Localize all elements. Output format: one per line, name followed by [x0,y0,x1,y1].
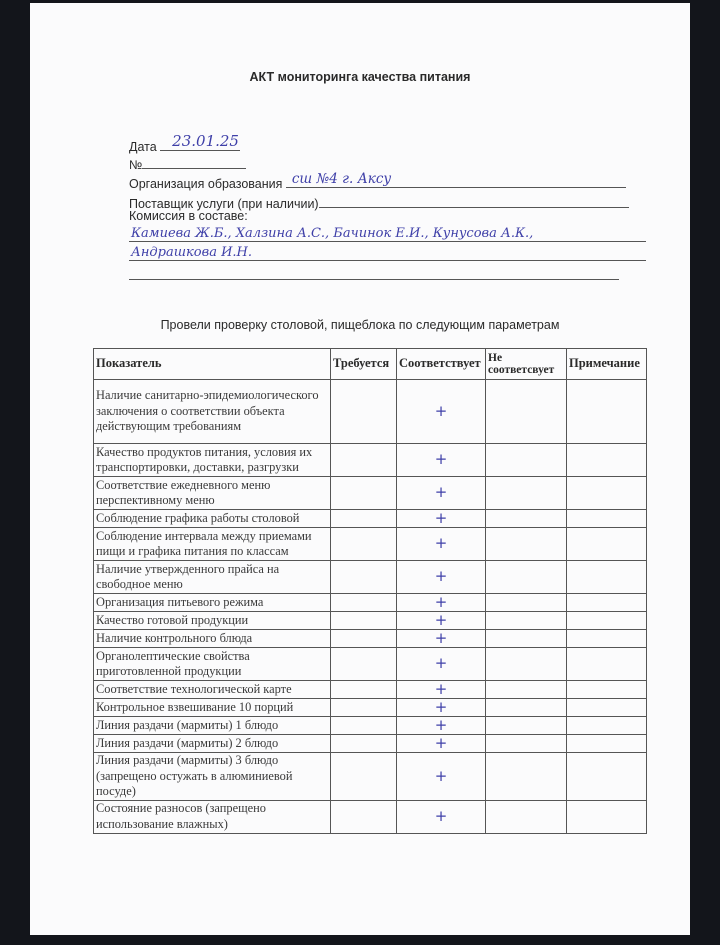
indicator-cell: Линия раздачи (мармиты) 2 блюдо [94,735,331,753]
required-cell [331,753,397,801]
table-row: Линия раздачи (мармиты) 1 блюдо+ [94,717,647,735]
table-body: Наличие санитарно-эпидемиологического за… [94,380,647,834]
required-cell [331,561,397,594]
table-row: Качество готовой продукции+ [94,612,647,630]
date-field: Дата 23.01.25 [129,136,240,154]
required-cell [331,717,397,735]
indicator-cell: Качество готовой продукции [94,612,331,630]
date-label: Дата [129,140,157,154]
required-cell [331,528,397,561]
note-cell [567,528,647,561]
complies-cell: + [397,699,486,717]
note-cell [567,630,647,648]
header-required: Требуется [331,349,397,380]
complies-cell: + [397,528,486,561]
note-cell [567,717,647,735]
complies-cell: + [397,800,486,833]
indicator-cell: Соблюдение графика работы столовой [94,510,331,528]
indicator-cell: Соответствие технологической карте [94,681,331,699]
table-row: Контрольное взвешивание 10 порций+ [94,699,647,717]
commission-members-1: Камиева Ж.Б., Халзина А.С., Бачинок Е.И.… [131,226,533,241]
supplier-line [319,193,629,208]
required-cell [331,444,397,477]
date-line: 23.01.25 [160,136,240,151]
header-complies: Соответствует [397,349,486,380]
table-row: Состояние разносов (запрещено использова… [94,800,647,833]
table-row: Органолептические свойства приготовленно… [94,648,647,681]
organization-label: Организация образования [129,177,282,191]
required-cell [331,800,397,833]
header-indicator: Показатель [94,349,331,380]
not-complies-cell [486,648,567,681]
not-complies-cell [486,612,567,630]
not-complies-cell [486,561,567,594]
section-subtitle: Провели проверку столовой, пищеблока по … [30,318,690,332]
note-cell [567,753,647,801]
organization-field: Организация образования сш №4 г. Аксу [129,173,626,191]
note-cell [567,477,647,510]
complies-cell: + [397,612,486,630]
inspection-table: Показатель Требуется Соответствует Не со… [93,348,647,834]
organization-line: сш №4 г. Аксу [286,173,626,188]
commission-label: Комиссия в составе: [129,209,248,223]
indicator-cell: Наличие контрольного блюда [94,630,331,648]
not-complies-cell [486,800,567,833]
table-row: Соблюдение интервала между приемами пищи… [94,528,647,561]
indicator-cell: Линия раздачи (мармиты) 1 блюдо [94,717,331,735]
not-complies-cell [486,630,567,648]
complies-cell: + [397,510,486,528]
required-cell [331,681,397,699]
not-complies-cell [486,528,567,561]
complies-cell: + [397,681,486,699]
date-value: 23.01.25 [172,132,239,150]
indicator-cell: Состояние разносов (запрещено использова… [94,800,331,833]
not-complies-cell [486,681,567,699]
note-cell [567,800,647,833]
table-row: Наличие утвержденного прайса на свободно… [94,561,647,594]
number-field: № [129,154,246,172]
required-cell [331,735,397,753]
complies-cell: + [397,735,486,753]
commission-line-2: Андрашкова И.Н. [129,244,646,261]
required-cell [331,630,397,648]
note-cell [567,612,647,630]
document-page: АКТ мониторинга качества питания Дата 23… [30,3,690,935]
complies-cell: + [397,717,486,735]
not-complies-cell [486,717,567,735]
table-row: Организация питьевого режима+ [94,594,647,612]
note-cell [567,510,647,528]
not-complies-cell [486,510,567,528]
note-cell [567,681,647,699]
required-cell [331,477,397,510]
indicator-cell: Соответствие ежедневного меню перспектив… [94,477,331,510]
commission-members-2: Андрашкова И.Н. [131,245,252,260]
table-row: Наличие контрольного блюда+ [94,630,647,648]
note-cell [567,444,647,477]
not-complies-cell [486,380,567,444]
note-cell [567,735,647,753]
complies-cell: + [397,444,486,477]
note-cell [567,561,647,594]
note-cell [567,594,647,612]
not-complies-cell [486,735,567,753]
indicator-cell: Наличие утвержденного прайса на свободно… [94,561,331,594]
required-cell [331,594,397,612]
not-complies-cell [486,477,567,510]
table-row: Соответствие технологической карте+ [94,681,647,699]
required-cell [331,699,397,717]
number-label: № [129,158,142,172]
indicator-cell: Организация питьевого режима [94,594,331,612]
header-not-complies: Не соответсвует [486,349,567,380]
indicator-cell: Соблюдение интервала между приемами пищи… [94,528,331,561]
complies-cell: + [397,477,486,510]
note-cell [567,699,647,717]
table-row: Соблюдение графика работы столовой+ [94,510,647,528]
note-cell [567,380,647,444]
complies-cell: + [397,561,486,594]
indicator-cell: Наличие санитарно-эпидемиологического за… [94,380,331,444]
table-header-row: Показатель Требуется Соответствует Не со… [94,349,647,380]
indicator-cell: Органолептические свойства приготовленно… [94,648,331,681]
not-complies-cell [486,444,567,477]
not-complies-cell [486,594,567,612]
document-title: АКТ мониторинга качества питания [30,70,690,84]
table-row: Наличие санитарно-эпидемиологического за… [94,380,647,444]
required-cell [331,510,397,528]
complies-cell: + [397,594,486,612]
note-cell [567,648,647,681]
indicator-cell: Линия раздачи (мармиты) 3 блюдо (запреще… [94,753,331,801]
table-row: Соответствие ежедневного меню перспектив… [94,477,647,510]
header-note: Примечание [567,349,647,380]
table-row: Качество продуктов питания, условия их т… [94,444,647,477]
complies-cell: + [397,648,486,681]
required-cell [331,612,397,630]
complies-cell: + [397,380,486,444]
table-row: Линия раздачи (мармиты) 3 блюдо (запреще… [94,753,647,801]
commission-line-3 [129,263,619,280]
complies-cell: + [397,630,486,648]
not-complies-cell [486,699,567,717]
number-line [142,154,246,169]
table-row: Линия раздачи (мармиты) 2 блюдо+ [94,735,647,753]
complies-cell: + [397,753,486,801]
organization-value: сш №4 г. Аксу [292,171,391,187]
commission-line-1: Камиева Ж.Б., Халзина А.С., Бачинок Е.И.… [129,225,646,242]
required-cell [331,380,397,444]
not-complies-cell [486,753,567,801]
indicator-cell: Качество продуктов питания, условия их т… [94,444,331,477]
indicator-cell: Контрольное взвешивание 10 порций [94,699,331,717]
required-cell [331,648,397,681]
